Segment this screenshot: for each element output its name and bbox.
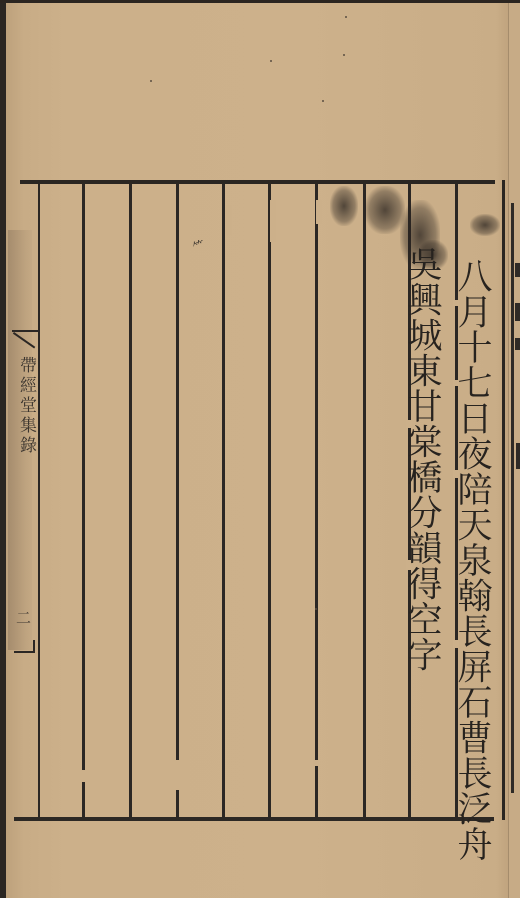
block-frame-bottom: [14, 817, 494, 821]
ink-smudge: [470, 214, 500, 236]
top-edge: [0, 0, 520, 3]
ink-smudge: [330, 186, 358, 226]
fold-strip-title: 帶經堂集錄: [16, 356, 35, 456]
rule-break: [270, 200, 276, 242]
paper-speck: [345, 16, 347, 18]
rule-break: [313, 760, 319, 766]
book-page-scan: 帶經堂集錄 二 ⺮ 八月十七日夜陪天泉翰長屏石曹長泛舟 吳興城東甘棠橋分韻得空字: [0, 0, 520, 898]
column-rule: [363, 184, 366, 818]
block-frame-right: [502, 180, 505, 820]
rule-break: [316, 200, 322, 224]
rule-break: [181, 200, 187, 218]
rule-break: [176, 760, 182, 790]
section-fragment: 錄: [16, 436, 36, 456]
adjacent-page-strip: [508, 3, 520, 898]
paper-speck: [150, 80, 152, 82]
column-rule: [129, 184, 132, 818]
fold-bottom-mark-side: [33, 640, 35, 653]
rule-break: [80, 770, 86, 782]
column-rule: [82, 184, 85, 818]
rule-break: [226, 205, 232, 235]
poem-title-column-1: 八月十七日夜陪天泉翰長屏石曹長泛舟: [452, 258, 492, 862]
block-frame-top: [20, 180, 495, 184]
poem-title-column-2: 吳興城東甘棠橋分韻得空字: [402, 246, 442, 672]
fold-strip-rule: [38, 184, 40, 818]
paper-speck: [322, 100, 324, 102]
paper-speck: [315, 608, 317, 610]
ink-smudge: [365, 186, 405, 234]
fold-page-number: 二: [14, 610, 31, 625]
column-rule: [176, 184, 179, 818]
column-rule: [315, 184, 318, 818]
fold-bottom-mark: [14, 651, 34, 653]
paper-speck: [270, 60, 272, 62]
fishtail-mark: [12, 330, 38, 352]
column-rule: [222, 184, 225, 818]
collection-title: 帶經堂集: [16, 356, 36, 436]
paper-speck: [343, 54, 345, 56]
column-rule: [268, 184, 271, 818]
